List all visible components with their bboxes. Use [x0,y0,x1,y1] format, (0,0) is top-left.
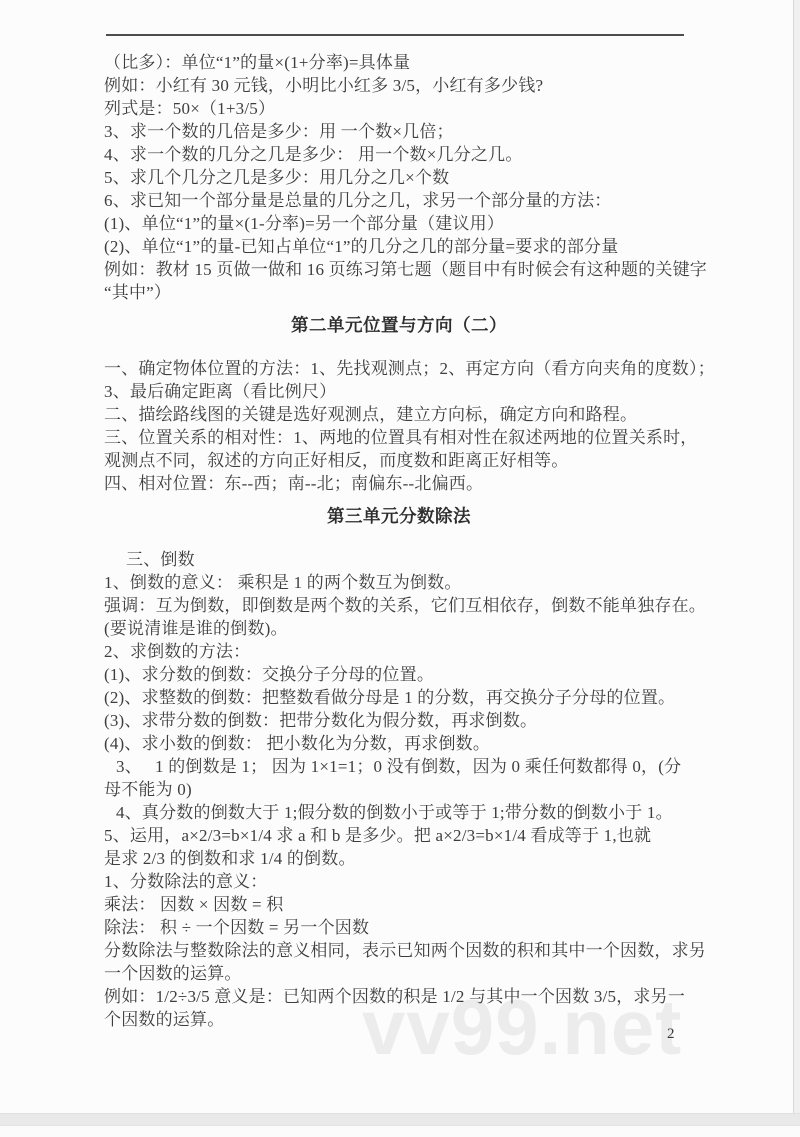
text-line: 4、求一个数的几分之几是多少： 用一个数×几分之几。 [104,143,694,166]
text-line: 个因数的运算。 [104,1008,694,1031]
text-line: 3、最后确定距离（看比例尺） [104,380,694,403]
text-line: （比多）：单位“1”的量×(1+分率)=具体量 [104,51,694,74]
text-line: 二、描绘路线图的关键是选好观测点，建立方向标，确定方向和路程。 [104,403,694,426]
page-number: 2 [667,1026,675,1043]
text-line: 1、倒数的意义： 乘积是 1 的两个数互为倒数。 [104,571,694,594]
text-line: 一个因数的运算。 [104,962,694,985]
text-line: (2)、求整数的倒数：把整数看做分母是 1 的分数，再交换分子分母的位置。 [104,686,694,709]
header-rule [106,34,684,36]
text-line: (4)、求小数的倒数： 把小数化为分数，再求倒数。 [104,732,694,755]
text-line: 三、倒数 [104,548,694,571]
text-line: 2、求倒数的方法： [104,640,694,663]
text-line: 分数除法与整数除法的意义相同，表示已知两个因数的积和其中一个因数，求另 [104,939,694,962]
text-line: 例如：小红有 30 元钱，小明比小红多 3/5，小红有多少钱? [104,74,694,97]
text-line: (3)、求带分数的倒数：把带分数化为假分数，再求倒数。 [104,709,694,732]
text-line: 四、相对位置：东--西；南--北；南偏东--北偏西。 [104,472,694,495]
next-page-edge [0,1126,800,1137]
text-line: 5、求几个几分之几是多少：用几分之几×个数 [104,166,694,189]
text-line: 观测点不同，叙述的方向正好相反，而度数和距离正好相等。 [104,449,694,472]
text-line: 除法： 积 ÷ 一个因数 = 另一个因数 [104,916,694,939]
page-content: （比多）：单位“1”的量×(1+分率)=具体量例如：小红有 30 元钱，小明比小… [104,51,694,1031]
text-line: 3、 1 的倒数是 1； 因为 1×1=1；0 没有倒数，因为 0 乘任何数都得… [104,755,694,778]
text-line: “其中”） [104,281,694,304]
text-line: 4、真分数的倒数大于 1;假分数的倒数小于或等于 1;带分数的倒数小于 1。 [104,801,694,824]
text-line: 例如：1/2÷3/5 意义是：已知两个因数的积是 1/2 与其中一个因数 3/5… [104,985,694,1008]
document-page: vv99.net （比多）：单位“1”的量×(1+分率)=具体量例如：小红有 3… [0,0,794,1113]
text-line: 强调：互为倒数，即倒数是两个数的关系，它们互相依存，倒数不能单独存在。 [104,594,694,617]
text-line: 列式是：50×（1+3/5） [104,97,694,120]
page-gap [0,1113,800,1126]
text-line: (要说清谁是谁的倒数)。 [104,617,694,640]
unit-heading: 第三单元分数除法 [104,505,694,528]
text-line: 6、求已知一个部分量是总量的几分之几，求另一个部分量的方法： [104,189,694,212]
text-line: 一、确定物体位置的方法：1、先找观测点；2、再定方向（看方向夹角的度数）； [104,357,694,380]
text-line: (1)、单位“1”的量×(1-分率)=另一个部分量（建议用） [104,212,694,235]
text-line: 5、运用，a×2/3=b×1/4 求 a 和 b 是多少。把 a×2/3=b×1… [104,824,694,847]
text-line: (2)、单位“1”的量-已知占单位“1”的几分之几的部分量=要求的部分量 [104,235,694,258]
text-line: 是求 2/3 的倒数和求 1/4 的倒数。 [104,847,694,870]
text-line: 三、位置关系的相对性：1、两地的位置具有相对性在叙述两地的位置关系时， [104,426,694,449]
text-line: 3、求一个数的几倍是多少：用 一个数×几倍； [104,120,694,143]
text-line: 母不能为 0) [104,778,694,801]
text-line: (1)、求分数的倒数：交换分子分母的位置。 [104,663,694,686]
unit-heading: 第二单元位置与方向（二） [104,314,694,337]
text-line: 例如：教材 15 页做一做和 16 页练习第七题（题目中有时候会有这种题的关键字 [104,258,694,281]
text-line: 乘法： 因数 × 因数 = 积 [104,893,694,916]
text-line: 1、分数除法的意义： [104,870,694,893]
